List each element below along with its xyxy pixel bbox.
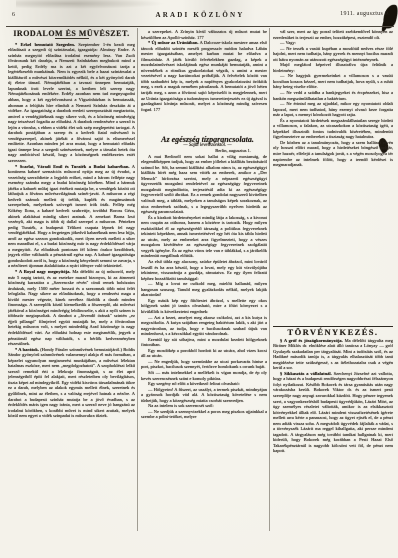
- paragraph: * A Royal nagy megnyitója. Ma délelőtt a…: [8, 269, 135, 347]
- paragraph: — Azt a kezet, amelyet meg akarsz csókol…: [141, 315, 267, 337]
- paragraph: § A gróf és jószágkormányzója. Ma délelő…: [273, 338, 393, 371]
- paragraph-lead: * Erkel bemutató Szegeden.: [15, 42, 75, 47]
- masthead-title: ARADI KÖZLÖNY: [8, 11, 392, 19]
- column-right: vál szer, mert az így porral telített zs…: [273, 29, 393, 531]
- paragraph-lead: * Scarlat, Váradi Emil és Turaiék a Buda…: [15, 164, 129, 169]
- column-divider-left: [137, 28, 138, 531]
- paragraph-text: (Hondy Fässler színművének bemutatójáról…: [8, 347, 135, 419]
- paragraph: * Erkel bemutató Szegeden. Szeptember 1-…: [8, 42, 135, 164]
- paragraph-text: Szechenyi Józsefné azt vallotta, hogy a …: [273, 371, 393, 454]
- paragraph: De közben az a tanulmányozás, hogy a sze…: [273, 140, 393, 168]
- paragraph: — Ne szedjük a szennyvizekkel a poros me…: [141, 409, 267, 420]
- paragraph-text: a szerepeket. A Zrínyin kívül változatos…: [141, 29, 267, 40]
- paragraph: — Ne vedd a szádba a bankjegyeket és érc…: [273, 90, 393, 101]
- continuation-block: vál szer, mert az így porral telített zs…: [273, 29, 393, 323]
- paragraph: — Ne tessék a vasúti kupéban a mosdótál …: [273, 46, 393, 63]
- paragraph: Ezentúl így süt sóhajtva, mint a mozdula…: [141, 337, 267, 348]
- paragraph: — Ne hagyjuk gyermekeinket a villamoson …: [273, 73, 393, 90]
- paragraph-text: Ma délelőtt az új műsorról, mely már 5 n…: [8, 269, 135, 346]
- paragraph-lead: * A Royal nagy megnyitója.: [15, 269, 71, 274]
- paragraph: — Ne engedjük, hogy szemünkbe az utcai p…: [141, 359, 267, 370]
- paragraph-text: Ma délelőtt tárgyalta meg Bíráner Miklós…: [273, 338, 393, 371]
- paragraph-text: A kontinens kabaré szenzációs műsorral n…: [8, 164, 135, 269]
- paragraph: Sőt — más intelmekkel a mellékelt is víg…: [141, 370, 267, 381]
- header-date: 1911. augusztus 9.: [340, 11, 390, 17]
- paragraph: A mai Berlinről nem sokat hallat a világ…: [141, 154, 267, 215]
- paragraph: — Míg a lovat ne csókold meg, mielőtt ha…: [141, 281, 267, 298]
- header-rule: [6, 26, 394, 27]
- paragraph-lead: * A barátok.: [15, 347, 39, 352]
- paragraph: * Új műsor az Urániában. A Dalcroze-isko…: [141, 40, 267, 112]
- paragraph-text: A Dalcroze-iskola mestere amaz első tánc…: [141, 40, 267, 112]
- newspaper-page-scan: 6 ARADI KÖZLÖNY 1911. augusztus 9. IRODA…: [0, 0, 398, 558]
- section-title-irodalom: IRODALOM ÉS MŰVÉSZET.: [8, 31, 135, 37]
- paragraph-text: Szeptember 1-én kezdi meg előadásait a s…: [8, 42, 135, 163]
- paragraph: És a nyomtatott hirdetések megszámlálhat…: [273, 118, 393, 140]
- paragraph: Majd meglátod képeivel illusztrálva újra…: [273, 62, 393, 73]
- paragraph: Egy mosdókép a porokból hordott ki az ut…: [141, 348, 267, 359]
- paragraph: vál szer, mert az így porral telített zs…: [273, 29, 393, 40]
- continuation-block: a szerepeket. A Zrínyin kívül változatos…: [141, 29, 267, 137]
- column-divider-right: [269, 28, 270, 531]
- paragraph: * A barátok. (Hondy Fässler színművének …: [8, 347, 135, 419]
- paragraph: a szerepeket. A Zrínyin kívül változatos…: [141, 29, 267, 40]
- paragraph-lead: * Új műsor az Urániában.: [148, 40, 199, 45]
- paragraph: Az első tábla egy alacsony, szürke épüle…: [141, 259, 267, 281]
- paragraph: — Hölgyeim! A fűszert, az uszályt, a ter…: [141, 387, 267, 404]
- section-title-torvenykezes: TÖRVÉNYKEZÉS.: [273, 330, 393, 336]
- gray-smudge-top: [16, 0, 166, 9]
- page-header: 6 ARADI KÖZLÖNY 1911. augusztus 9.: [8, 9, 392, 24]
- column-irodalom: IRODALOM ÉS MŰVÉSZET. * Erkel bemutató S…: [8, 29, 135, 531]
- paragraph-lead: § A gróf és jószágkormányzója.: [280, 338, 343, 343]
- paragraph: * Scarlat, Váradi Emil és Turaiék a Buda…: [8, 164, 135, 269]
- paragraph-lead: § Sikkasztás a vállalatnál.: [280, 371, 332, 376]
- paragraph: És a kirakott hirdetményeket mindig látj…: [141, 215, 267, 259]
- paragraph: Egy másik kép egy fűtőtestet ábrázol, s …: [141, 298, 267, 315]
- column-middle: a szerepeket. A Zrínyin kívül változatos…: [141, 29, 267, 521]
- paragraph: § Sikkasztás a vállalatnál. Szechenyi Jó…: [273, 371, 393, 454]
- paragraph: — Ne érintsd meg az ujjaddal, mikor egy …: [273, 101, 393, 118]
- law-section-body: § A gróf és jószágkormányzója. Ma délelő…: [273, 338, 393, 520]
